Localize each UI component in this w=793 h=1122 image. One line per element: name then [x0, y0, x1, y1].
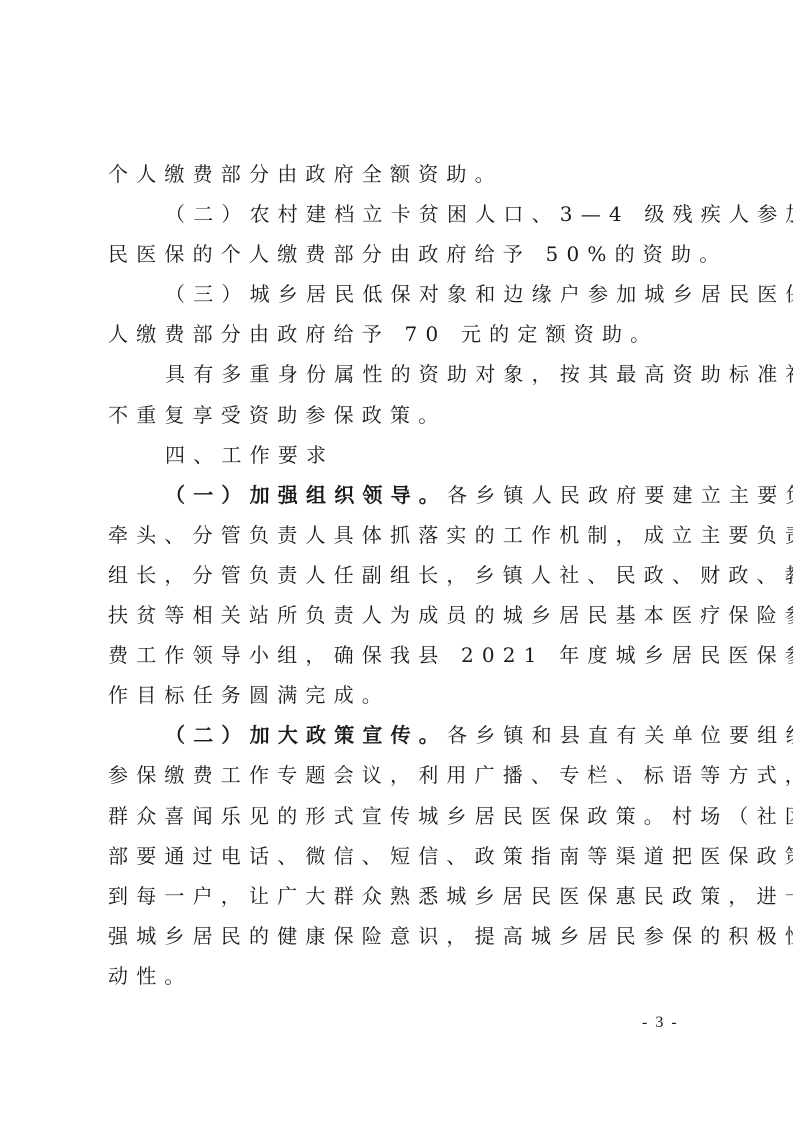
text-line: （二）农村建档立卡贫困人口、3—4 级残疾人参加城乡居 [108, 194, 688, 234]
text-run: 各乡镇和县直有关单位要组织召开 [447, 723, 793, 747]
text-line: 强城乡居民的健康保险意识，提高城乡居民参保的积极性和主 [108, 916, 688, 956]
text-line: 部要通过电话、微信、短信、政策指南等渠道把医保政策宣传 [108, 836, 688, 876]
text-line: 具有多重身份属性的资助对象，按其最高资助标准补贴， [108, 354, 688, 394]
subsection-title: （二）加大政策宣传。 [165, 723, 447, 747]
text-line: 不重复享受资助参保政策。 [108, 395, 688, 435]
section-heading: 四、工作要求 [108, 435, 688, 475]
document-body: 个人缴费部分由政府全额资助。 （二）农村建档立卡贫困人口、3—4 级残疾人参加城… [108, 154, 688, 996]
page-number: - 3 - [642, 1014, 679, 1032]
text-line: 民医保的个人缴费部分由政府给予 50%的资助。 [108, 234, 688, 274]
text-line: （三）城乡居民低保对象和边缘户参加城乡居民医保的个 [108, 274, 688, 314]
text-line: 群众喜闻乐见的形式宣传城乡居民医保政策。村场（社区）干 [108, 796, 688, 836]
text-line: 参保缴费工作专题会议，利用广播、专栏、标语等方式，通过 [108, 755, 688, 795]
text-run: 各乡镇人民政府要建立主要负责人 [447, 483, 793, 507]
text-line: （二）加大政策宣传。各乡镇和县直有关单位要组织召开 [108, 715, 688, 755]
text-line: 作目标任务圆满完成。 [108, 675, 688, 715]
text-line: 费工作领导小组，确保我县 2021 年度城乡居民医保参保缴费工 [108, 635, 688, 675]
text-line: （一）加强组织领导。各乡镇人民政府要建立主要负责人 [108, 475, 688, 515]
text-line: 人缴费部分由政府给予 70 元的定额资助。 [108, 314, 688, 354]
text-line: 到每一户，让广大群众熟悉城乡居民医保惠民政策，进一步增 [108, 876, 688, 916]
text-line: 组长，分管负责人任副组长，乡镇人社、民政、财政、教育、 [108, 555, 688, 595]
text-line: 动性。 [108, 956, 688, 996]
text-line: 牵头、分管负责人具体抓落实的工作机制，成立主要负责人任 [108, 515, 688, 555]
text-line: 扶贫等相关站所负责人为成员的城乡居民基本医疗保险参保缴 [108, 595, 688, 635]
text-line: 个人缴费部分由政府全额资助。 [108, 154, 688, 194]
subsection-title: （一）加强组织领导。 [165, 483, 447, 507]
